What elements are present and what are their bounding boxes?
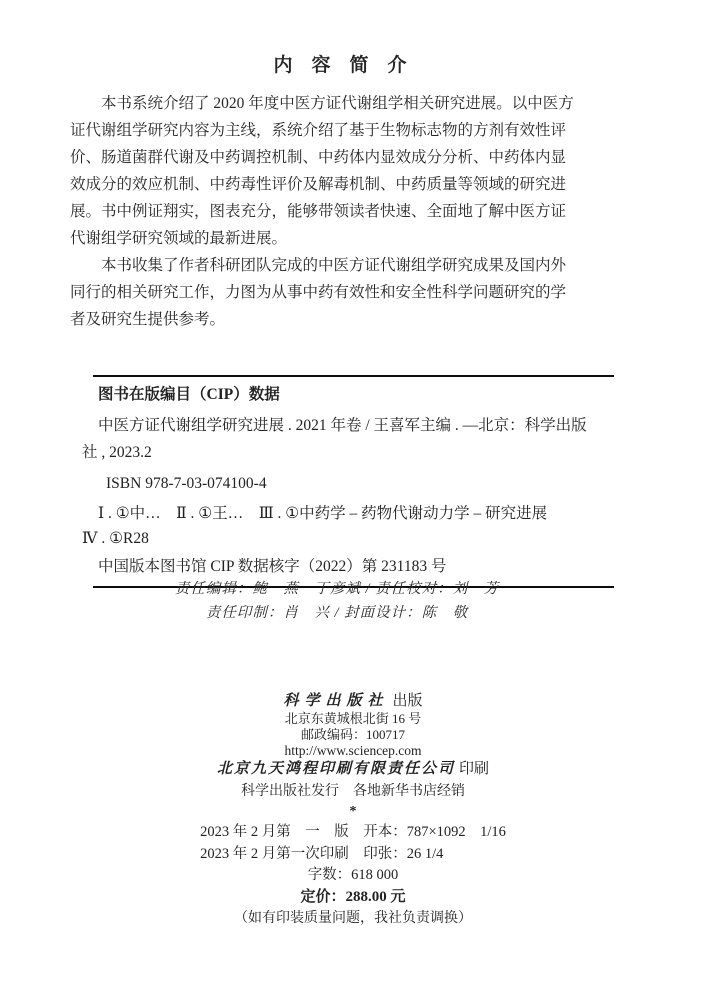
colophon-section: 科学出版社出版 北京东黄城根北街 16 号 邮政编码：100717 http:/… xyxy=(93,691,613,929)
printing-run-line: 2023 年 2 月第一次印刷 印张：26 1/4 xyxy=(200,844,506,866)
quality-note: （如有印装质量问题，我社负责调换） xyxy=(93,908,613,929)
intro-paragraph-line: 者及研究生提供参考。 xyxy=(70,306,618,333)
intro-paragraph-line: 本书收集了作者科研团队完成的中医方证代谢组学研究成果及国内外 xyxy=(70,252,618,279)
publisher-line: 科学出版社出版 xyxy=(93,691,613,711)
intro-section: 本书系统介绍了 2020 年度中医方证代谢组学相关研究进展。以中医方 证代谢组学… xyxy=(70,90,618,333)
intro-paragraph-line: 效成分的效应机制、中药毒性评价及解毒机制、中药质量等领域的研究进 xyxy=(70,171,618,198)
isbn-line: ISBN 978-7-03-074100-4 xyxy=(82,472,616,496)
cip-heading: 图书在版编目（CIP）数据 xyxy=(82,377,616,406)
price-line: 定价：288.00 元 xyxy=(93,886,613,908)
staff-credits: 责任编辑：鲍 燕 丁彦斌 / 责任校对：刘 芳 责任印制：肖 兴 / 封面设计：… xyxy=(82,577,616,625)
pressrun-block: 2023 年 2 月第 一 版 开本：787×1092 1/16 2023 年 … xyxy=(200,822,506,865)
page-title: 内 容 简 介 xyxy=(0,50,680,77)
edition-line: 2023 年 2 月第 一 版 开本：787×1092 1/16 xyxy=(200,822,506,844)
intro-paragraph-line: 展。书中例证翔实，图表充分，能够带领读者快速、全面地了解中医方证 xyxy=(70,198,618,225)
cip-entry: 中医方证代谢组学研究进展 . 2021 年卷 / 王喜军主编 . —北京：科学出… xyxy=(82,412,616,466)
printer-line: 北京九天鸿程印刷有限责任公司印刷 xyxy=(93,759,613,779)
printer-role: 印刷 xyxy=(459,761,489,777)
cip-entry-line: 中医方证代谢组学研究进展 . 2021 年卷 / 王喜军主编 . —北京：科学出… xyxy=(82,412,616,439)
staff-editors-line: 责任编辑：鲍 燕 丁彦斌 / 责任校对：刘 芳 xyxy=(82,577,592,601)
intro-paragraph-line: 价、肠道菌群代谢及中药调控机制、中药体内显效成分分析、中药体内显 xyxy=(70,144,618,171)
publisher-postcode: 邮政编码：100717 xyxy=(93,727,613,743)
cip-section: 图书在版编目（CIP）数据 中医方证代谢组学研究进展 . 2021 年卷 / 王… xyxy=(82,375,616,588)
intro-paragraph-line: 证代谢组学研究内容为主线，系统介绍了基于生物标志物的方剂有效性评 xyxy=(70,117,618,144)
printer-name-script: 北京九天鸿程印刷有限责任公司 xyxy=(217,761,455,777)
cip-classification-line: Ⅰ . ①中… Ⅱ . ①王… Ⅲ . ①中药学 – 药物代谢动力学 – 研究进… xyxy=(82,501,616,526)
intro-paragraph-line: 同行的相关研究工作，力图为从事中药有效性和安全性科学问题研究的学 xyxy=(70,279,618,306)
cip-record-number: 中国版本图书馆 CIP 数据核字（2022）第 231183 号 xyxy=(82,555,616,579)
intro-paragraph-line: 本书系统介绍了 2020 年度中医方证代谢组学相关研究进展。以中医方 xyxy=(70,90,618,117)
separator-asterisk: * xyxy=(93,802,613,822)
cip-entry-line: 社 , 2023.2 xyxy=(82,439,616,466)
book-copyright-page: 内 容 简 介 本书系统介绍了 2020 年度中医方证代谢组学相关研究进展。以中… xyxy=(0,0,720,1000)
distribution-line: 科学出版社发行 各地新华书店经销 xyxy=(93,781,613,802)
publisher-role: 出版 xyxy=(393,693,423,709)
publisher-website: http://www.sciencep.com xyxy=(93,743,613,759)
staff-printing-line: 责任印制：肖 兴 / 封面设计：陈 敬 xyxy=(82,601,592,625)
word-count-line: 字数：618 000 xyxy=(93,865,613,886)
publisher-address: 北京东黄城根北街 16 号 xyxy=(93,711,613,727)
cip-classification: Ⅰ . ①中… Ⅱ . ①王… Ⅲ . ①中药学 – 药物代谢动力学 – 研究进… xyxy=(82,501,616,551)
cip-classification-line: Ⅳ . ①R28 xyxy=(82,526,616,551)
intro-paragraph-line: 代谢组学研究领域的最新进展。 xyxy=(70,225,618,252)
publisher-name-script: 科学出版社 xyxy=(283,693,388,709)
